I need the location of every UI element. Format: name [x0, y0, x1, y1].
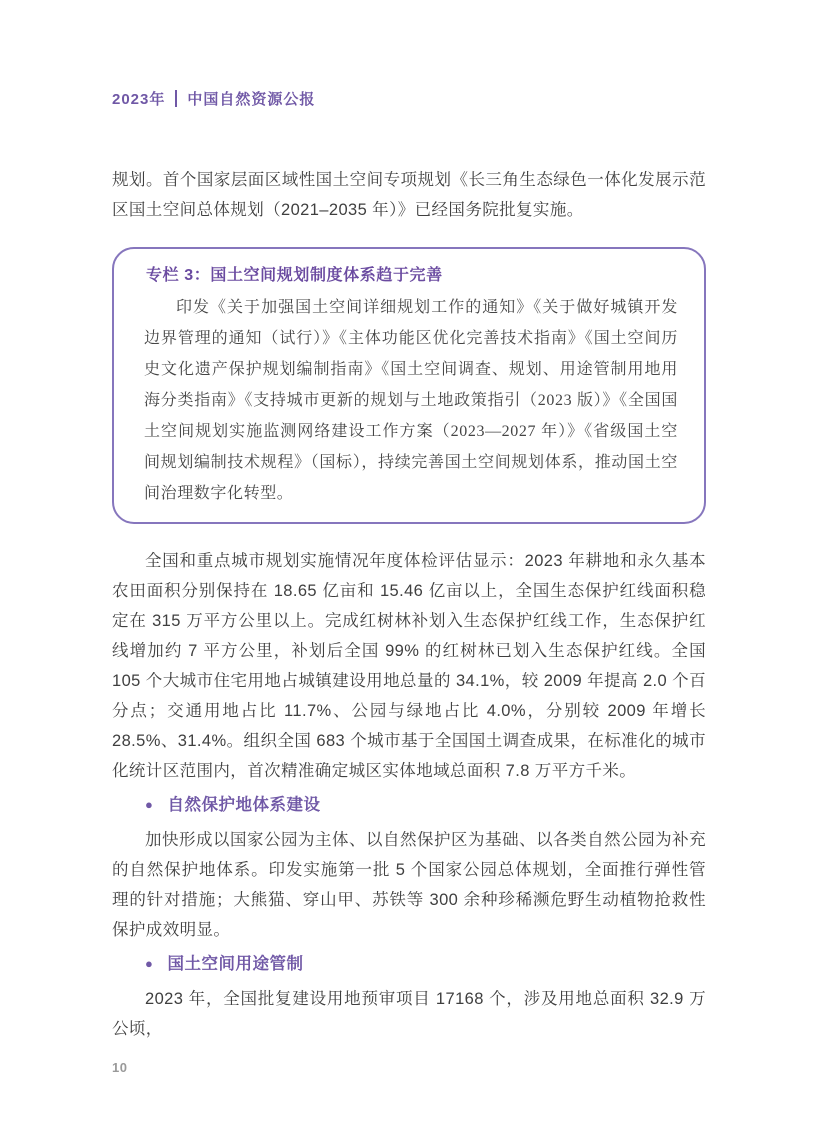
section-paragraph-nature-reserves: 加快形成以国家公园为主体、以自然保护区为基础、以各类自然公园为补充的自然保护地体… — [112, 825, 706, 945]
section-paragraph-land-use-control: 2023 年，全国批复建设用地预审项目 17168 个，涉及用地总面积 32.9… — [112, 984, 706, 1044]
document-page: 2023年 中国自然资源公报 规划。首个国家层面区域性国土空间专项规划《长三角生… — [0, 0, 816, 1145]
page-number: 10 — [112, 1060, 127, 1075]
section-heading-label: 自然保护地体系建设 — [167, 796, 320, 814]
header-year: 2023年 — [112, 88, 165, 109]
report-header: 2023年 中国自然资源公报 — [112, 0, 706, 109]
header-publication-title: 中国自然资源公报 — [187, 88, 315, 109]
intro-paragraph: 规划。首个国家层面区域性国土空间专项规划《长三角生态绿色一体化发展示范区国土空间… — [112, 165, 706, 225]
callout-box-title: 专栏 3：国土空间规划制度体系趋于完善 — [146, 262, 678, 285]
content-column: 2023年 中国自然资源公报 规划。首个国家层面区域性国土空间专项规划《长三角生… — [0, 0, 816, 1044]
section-heading-land-use-control: ● 国土空间用途管制 — [112, 951, 706, 977]
callout-box: 专栏 3：国土空间规划制度体系趋于完善 印发《关于加强国土空间详细规划工作的通知… — [112, 247, 706, 524]
header-divider — [175, 90, 177, 107]
bullet-icon: ● — [145, 797, 153, 812]
bullet-icon: ● — [145, 956, 153, 971]
overview-paragraph: 全国和重点城市规划实施情况年度体检评估显示：2023 年耕地和永久基本农田面积分… — [112, 546, 706, 786]
callout-box-body: 印发《关于加强国土空间详细规划工作的通知》《关于做好城镇开发边界管理的通知（试行… — [144, 292, 678, 509]
section-heading-nature-reserves: ● 自然保护地体系建设 — [112, 792, 706, 818]
section-heading-label: 国土空间用途管制 — [167, 955, 303, 973]
